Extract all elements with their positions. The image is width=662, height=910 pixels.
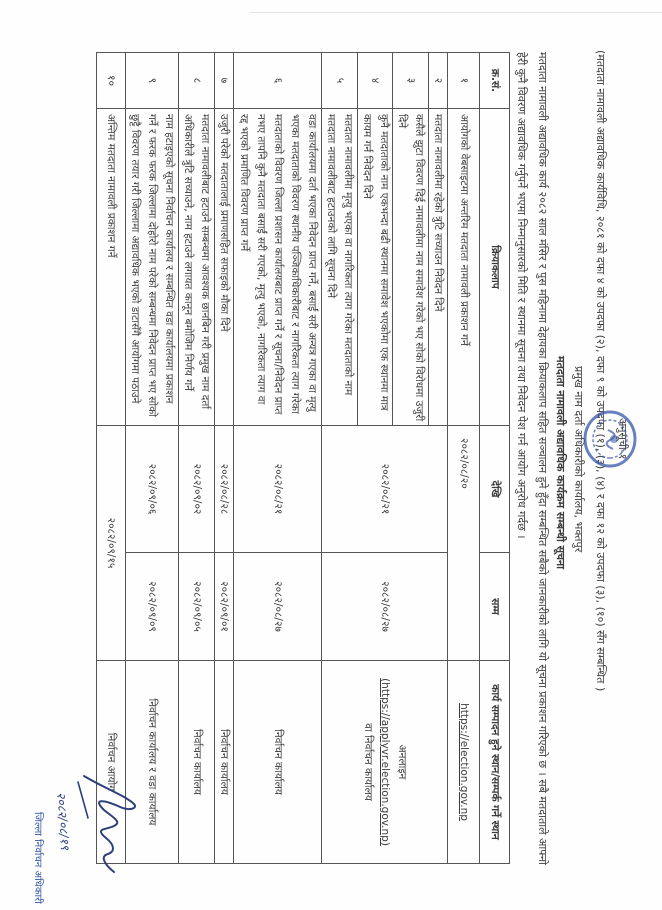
to-date: २०८२/०९/०५ [179,553,215,661]
scan-artifact-line [250,12,662,13]
row-number: ३ [393,53,429,109]
activity-cell: अन्तिम मतदाता नामावली प्रकाशन गर्ने [97,109,126,426]
from-date: २०८२/०८/२१ [322,426,448,553]
row-number: ७ [215,53,234,109]
activity-line: नभए तापनि कुनै मतदाता बसाईं सरी गएको, मृ… [252,114,269,420]
activity-cell: कुनै मतदाताको नाम एकभन्दा बढी स्थानमा सम… [358,109,393,426]
place-cell: अनलाइन (https://applyvr.election.gov.np)… [322,661,448,864]
table-row: ७ उजुरी परेको मतदातालाई प्रमाणसहित सफाइक… [215,53,234,864]
table-header-row: क्र.सं. क्रियाकलाप देखि सम्म कार्य सम्पा… [480,53,510,864]
activity-line: भएका मतदाताको विवरण स्थानीय पञ्जिकाधिकार… [286,114,303,420]
row-number: १ [448,53,480,109]
from-date: २०८२/०८/२१ [234,426,322,553]
activity-line: मतदाता नामावलीबाट हटाउने सम्बन्धमा आवश्य… [197,114,214,420]
row-number: ५ [322,53,358,109]
activity-line: उजुरी परेको मतदातालाई प्रमाणसहित सफाइको … [216,114,233,420]
place-cell: निर्वाचन कार्यालय [215,661,234,864]
from-date: २०८२/०९/०२ [179,426,215,553]
from-date: २०८२/०८/२८ [215,426,234,553]
table-row: १० अन्तिम मतदाता नामावली प्रकाशन गर्ने २… [97,53,126,864]
place-cell: https://election.gov.np [448,661,480,864]
from-date: २०८२/०९/०६ [126,426,179,553]
table-row: ८ मतदाता नामावलीबाट हटाउने सम्बन्धमा आवश… [179,53,215,864]
row-number: ४ [358,53,393,109]
activity-cell: नाम हटाइएको सूचना निर्वाचन कार्यालय र सम… [126,109,179,426]
place-line: वा निर्वाचन कार्यालय [359,666,376,858]
activity-cell: मतदाता नामावलीमा मृत्यु भएका वा नागरिकता… [322,109,358,426]
from-date: २०८२/०९/१५ [97,426,126,661]
header-activity: क्रियाकलाप [480,109,510,426]
activity-line: छुट्टै विवरण तयार गरी जिल्लामा अद्यावधिक… [127,114,144,420]
table-row: २ मतदाता नामावलीमा रहेको त्रुटि सच्याउन … [429,53,448,864]
activity-line: आयोगको वेबसाइटमा अन्तरिम मतदाता नामावली … [455,114,472,420]
table-row: ६ वडा कार्यालयमा दर्ता भएका निवेदन प्राप… [234,53,322,864]
to-date: २०८२/०८/२७ [234,553,322,661]
activity-line: नाम हटाइएको सूचना निर्वाचन कार्यालय र सम… [161,114,178,420]
legal-reference: (मतदाता नामावली अद्यावधिक कार्यविधि, २०८… [593,50,608,691]
schedule-table: क्र.सं. क्रियाकलाप देखि सम्म कार्य सम्पा… [96,52,510,864]
table-row: ९ नाम हटाइएको सूचना निर्वाचन कार्यालय र … [126,53,179,864]
activity-line: मतदाता नामावलीबाट हटाउनको लागि सूचना दिन… [323,114,340,420]
intro-paragraph-line: हेरी कुनै विवरण अद्यावधिक गर्नुपर्ने भएम… [514,52,529,867]
activity-cell: वडा कार्यालयमा दर्ता भएका निवेदन प्राप्त… [234,109,322,426]
to-date: २०८२/०९/०९ [126,553,179,661]
table-row: १ आयोगको वेबसाइटमा अन्तरिम मतदाता नामावल… [448,53,480,864]
activity-line: अधिकारीले त्रुटि सच्याउने, नाम हटाउने लग… [180,114,197,420]
header-to-date: सम्म [480,553,510,661]
activity-cell: उजुरी परेको मतदातालाई प्रमाणसहित सफाइको … [215,109,234,426]
activity-line: दिने [394,114,411,420]
scanned-notice-page: अनुसूची-१ (मतदाता नामावली अद्यावधिक कार्… [0,0,662,910]
signature-date: २०८२/०८/१९ [53,791,74,850]
signature-scribble-icon [72,768,144,878]
activity-cell: मतदाता नामावलीमा रहेको त्रुटि सच्याउन नि… [429,109,448,426]
activity-line: रद्द भएको प्रमाणित विवरण प्राप्त गर्ने [235,114,252,420]
row-number: ९ [126,53,179,109]
activity-line: कसैले झुटा विवरण दिई नामावलीमा नाम समावे… [411,114,428,420]
activity-line: अन्तिम मतदाता नामावली प्रकाशन गर्ने [103,114,120,420]
header-serial-number: क्र.सं. [480,53,510,109]
place-line: अनलाइन [393,666,410,858]
to-date: २०८२/०९/०१ [215,553,234,661]
row-number: २ [429,53,448,109]
activity-line: मतदाता नामावलीमा रहेको त्रुटि सच्याउन नि… [430,114,447,420]
place-cell: निर्वाचन कार्यालय [234,661,322,864]
election-website-link: https://election.gov.np [458,703,470,821]
to-date: २०८२/०८/२७ [322,553,448,661]
header-from-date: देखि [480,426,510,553]
activity-cell: कसैले झुटा विवरण दिई नामावलीमा नाम समावे… [393,109,429,426]
activity-cell: मतदाता नामावलीबाट हटाउने सम्बन्धमा आवश्य… [179,109,215,426]
official-seal-icon [582,408,638,470]
row-number: ६ [234,53,322,109]
activity-line: वडा कार्यालयमा दर्ता भएका निवेदन प्राप्त… [303,114,320,420]
online-application-link: (https://applyvr.election.gov.np) [376,666,393,858]
activity-line: मतदाता नामावलीमा मृत्यु भएका वा नागरिकता… [340,114,357,420]
row-number: १० [97,53,126,109]
activity-line: कायम गर्न निवेदन दिने [358,114,375,420]
activity-line: कुनै मतदाताको नाम एकभन्दा बढी स्थानमा सम… [375,114,392,420]
intro-paragraph-line: मतदाता नामावली अद्यावधिक कार्य २०८२ साल … [535,52,550,867]
activity-line: गर्ने र फरक फरक जिल्लामा दोहोरो नाम परेक… [144,114,161,420]
activity-line: मतदाताको विवरण जिल्ला प्रशासन कार्यालयबा… [269,114,286,420]
signatory-designation: जिल्ला निर्वाचन अधिकारी [32,812,46,904]
activity-cell: आयोगको वेबसाइटमा अन्तरिम मतदाता नामावली … [448,109,480,426]
header-place: कार्य सम्पादन हुने स्थान/सम्पर्क गर्ने स… [480,661,510,864]
place-cell: निर्वाचन कार्यालय [179,661,215,864]
from-date: २०८२/०८/२० [448,426,480,661]
row-number: ८ [179,53,215,109]
notice-title: मतदाता नामावली अद्यावधिक कार्यक्रम सम्बन… [553,356,568,569]
